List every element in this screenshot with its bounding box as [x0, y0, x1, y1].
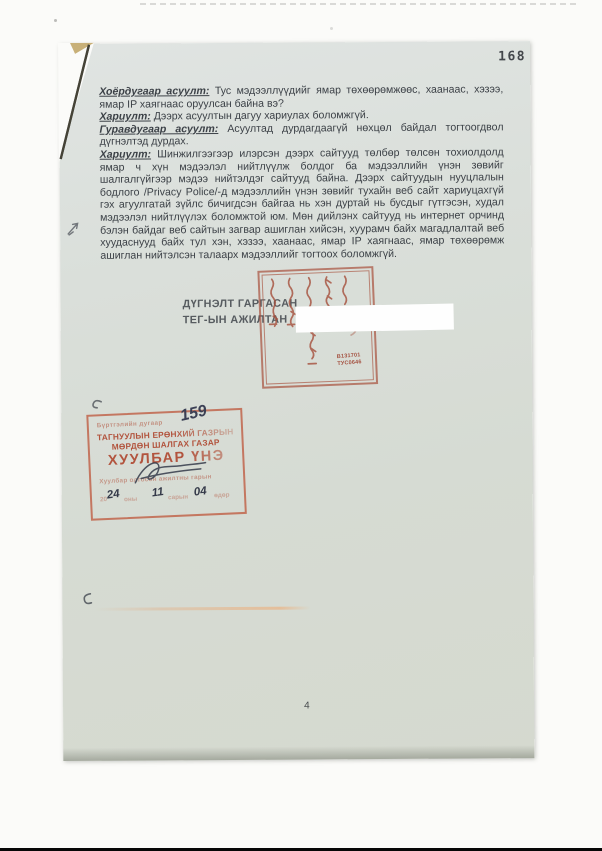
handwritten-day: 04 — [193, 485, 207, 498]
question-3-label: Гуравдугаар асуулт: — [99, 123, 218, 136]
date-word-year: оны — [124, 496, 137, 504]
scanner-streak-artifact — [94, 606, 310, 610]
answer-3-label: Хариулт: — [100, 148, 151, 160]
document-body-text: Хоёрдугаар асуулт: Тус мэдээллүүдийг яма… — [99, 83, 504, 262]
pencil-arrow-mark — [66, 221, 82, 237]
seal-code-2: ТУС0646 — [337, 359, 362, 367]
date-word-month: сарын — [168, 493, 188, 501]
answer-3-text: Шинжилгээгээр илэрсэн дээрх сайтууд төлб… — [100, 146, 505, 261]
folio-number: 168 — [498, 49, 526, 64]
answer-2-label: Хариулт: — [99, 111, 150, 123]
ink-curl-mark — [90, 399, 104, 411]
scan-speck — [54, 19, 57, 22]
scanner-artifact-dashes — [140, 3, 576, 5]
registration-number-label: Бүртгэлийн дугаар — [97, 419, 163, 429]
redaction-box — [295, 303, 453, 332]
seal-serial-codes: В131701 ТУС0646 — [337, 352, 362, 367]
handwritten-year: 24 — [106, 488, 120, 502]
ink-squiggle-mark — [80, 592, 94, 606]
handwritten-registration-number: 159 — [179, 402, 209, 425]
scanned-document-page: 168 Хоёрдугаар асуулт: Тус мэдээллүүдийг… — [59, 41, 534, 761]
answer-2-text: Дээрх асуултын дагуу хариулах боломжгүй. — [151, 109, 369, 122]
scan-speck — [330, 27, 333, 30]
question-2-paragraph: Хоёрдугаар асуулт: Тус мэдээллүүдийг яма… — [99, 83, 503, 111]
copy-certification-stamp: Бүртгэлийн дугаар 159 ТАГНУУЛЫН ЕРӨНХИЙ … — [86, 408, 247, 521]
screenshot-root: { "page": { "folio_number": "168", "page… — [0, 0, 602, 851]
question-2-label: Хоёрдугаар асуулт: — [99, 85, 209, 98]
date-word-day: өдөр — [214, 492, 230, 500]
handwritten-month: 11 — [151, 486, 164, 499]
page-number: 4 — [304, 700, 310, 711]
answer-3-paragraph: Хариулт: Шинжилгээгээр илэрсэн дээрх сай… — [100, 146, 505, 262]
question-3-paragraph: Гуравдугаар асуулт: Асуултад дурдагдаагү… — [99, 121, 503, 149]
date-prefix: 20 — [100, 496, 107, 503]
